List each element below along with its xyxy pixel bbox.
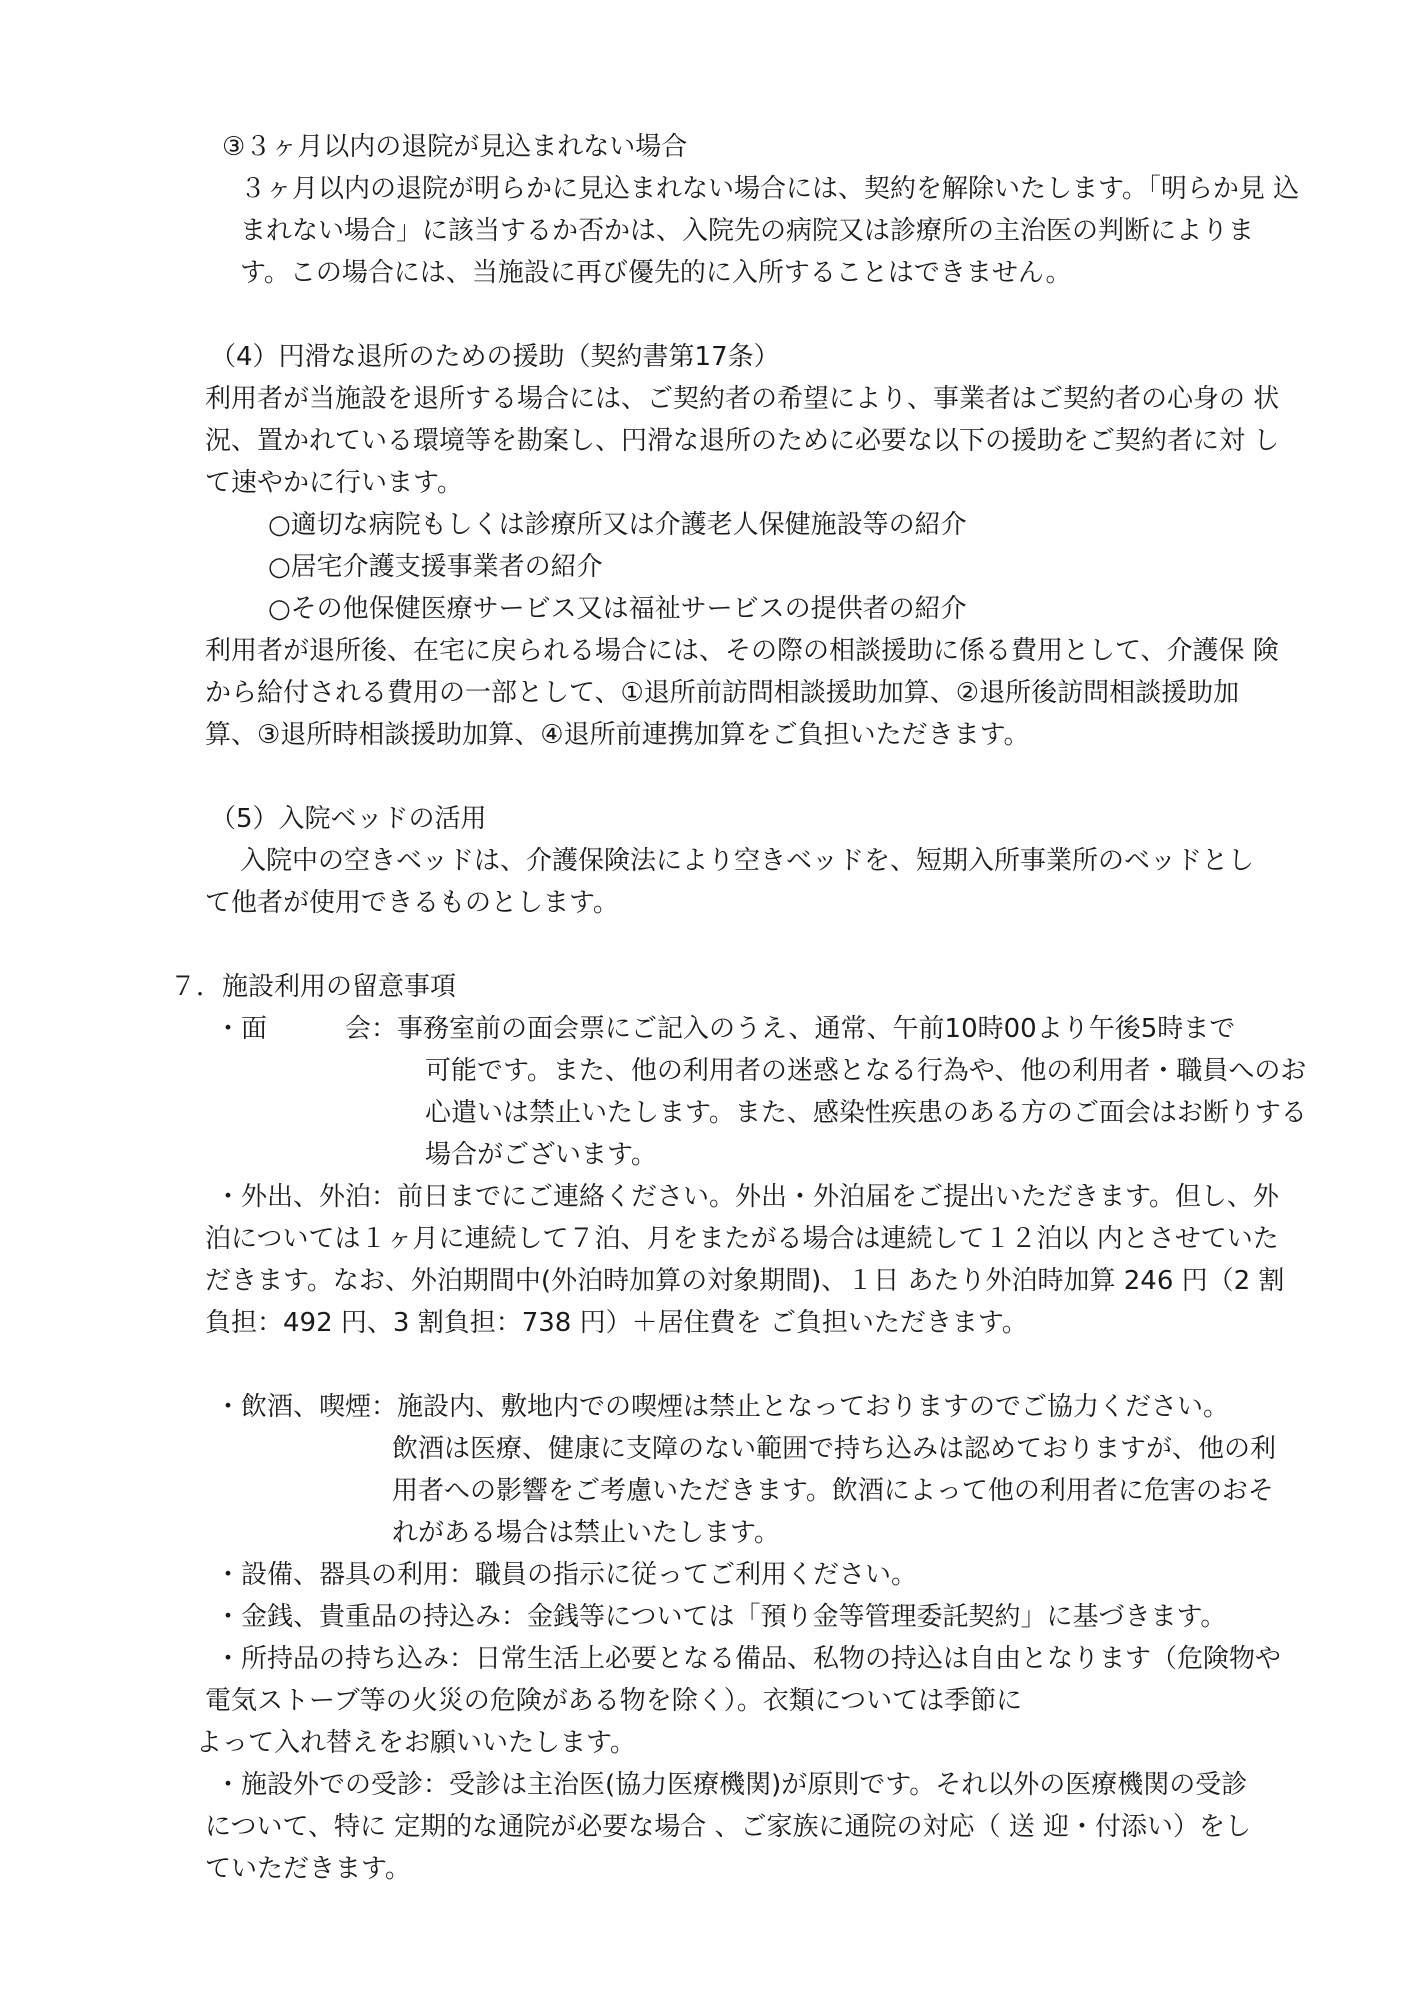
list-item-drink-smoke: ・飲酒、喫煙：施設内、敷地内での喫煙は禁止となっておりますのでご協力ください。 — [0, 1386, 1414, 1428]
text-line: 可能です。また、他の利用者の迷惑となる行為や、他の利用者・職員へのお — [0, 1050, 1414, 1092]
circle-bullet-line: ○適切な病院もしくは診療所又は介護老人保健施設等の紹介 — [0, 504, 1414, 546]
text-line: 場合がございます。 — [0, 1134, 1414, 1176]
text-line: まれない場合」に該当するか否かは、入院先の病院又は診療所の主治医の判断によりま — [0, 210, 1414, 252]
text-line: 入院中の空きベッドは、介護保険法により空きベッドを、短期入所事業所のベッドとし — [0, 840, 1414, 882]
blank-line — [0, 1344, 1414, 1386]
text-line: 用者への影響をご考慮いただきます。飲酒によって他の利用者に危害のおそ — [0, 1470, 1414, 1512]
text-line: 泊については１ヶ月に連続して７泊、月をまたがる場合は連続して１２泊以 内とさせて… — [0, 1218, 1414, 1260]
text-line: 心遣いは禁止いたします。また、感染性疾患のある方のご面会はお断りする — [0, 1092, 1414, 1134]
section-item3-no-discharge-expected: ③３ヶ月以内の退院が見込まれない場合 ３ヶ月以内の退院が明らかに見込まれない場合… — [0, 126, 1414, 294]
text-line: す。この場合には、当施設に再び優先的に入所することはできません。 — [0, 252, 1414, 294]
text-line: れがある場合は禁止いたします。 — [0, 1512, 1414, 1554]
text-line: 況、置かれている環境等を勘案し、円滑な退所のために必要な以下の援助をご契約者に対… — [0, 420, 1414, 462]
text-line: だきます。なお、外泊期間中(外泊時加算の対象期間)、１日 あたり外泊時加算 24… — [0, 1260, 1414, 1302]
text-line: ていただきます。 — [0, 1848, 1414, 1890]
text-line: 利用者が当施設を退所する場合には、ご契約者の希望により、事業者はご契約者の心身の… — [0, 378, 1414, 420]
text-line: 算、③退所時相談援助加算、④退所前連携加算をご負担いただきます。 — [0, 714, 1414, 756]
text-line: て速やかに行います。 — [0, 462, 1414, 504]
section-7-facility-usage-notes: ７．施設利用の留意事項 ・面 会：事務室前の面会票にご記入のうえ、通常、午前10… — [0, 966, 1414, 1890]
section-5-hospital-bed-use: （5）入院ベッドの活用 入院中の空きベッドは、介護保険法により空きベッドを、短期… — [0, 798, 1414, 924]
document-page: ③３ヶ月以内の退院が見込まれない場合 ３ヶ月以内の退院が明らかに見込まれない場合… — [0, 0, 1414, 2000]
list-item-valuables: ・金銭、貴重品の持込み：金銭等については「預り金等管理委託契約」に基づきます。 — [0, 1596, 1414, 1638]
list-item-belongings: ・所持品の持ち込み：日常生活上必要となる備品、私物の持込は自由となります（危険物… — [0, 1638, 1414, 1680]
text-line: 利用者が退所後、在宅に戻られる場合には、その際の相談援助に係る費用として、介護保… — [0, 630, 1414, 672]
text-line: から給付される費用の一部として、①退所前訪問相談援助加算、②退所後訪問相談援助加 — [0, 672, 1414, 714]
text-line: について、特に 定期的な通院が必要な場合 、ご家族に通院の対応（ 送 迎・付添い… — [0, 1806, 1414, 1848]
list-item-outside-visit: ・施設外での受診：受診は主治医(協力医療機関)が原則です。それ以外の医療機関の受… — [0, 1764, 1414, 1806]
text-line: 飲酒は医療、健康に支障のない範囲で持ち込みは認めておりますが、他の利 — [0, 1428, 1414, 1470]
text-line: ３ヶ月以内の退院が明らかに見込まれない場合には、契約を解除いたします。「明らか見… — [0, 168, 1414, 210]
list-item-visits: ・面 会：事務室前の面会票にご記入のうえ、通常、午前10時00より午後5時まで — [0, 1008, 1414, 1050]
blank-line — [0, 294, 1414, 336]
blank-line — [0, 756, 1414, 798]
section4-heading: （4）円滑な退所のための援助（契約書第17条） — [0, 336, 1414, 378]
text-line: て他者が使用できるものとします。 — [0, 882, 1414, 924]
text-line: 電気ストーブ等の火災の危険がある物を除く）。衣類については季節に — [0, 1680, 1414, 1722]
text-line: よって入れ替えをお願いいたします。 — [0, 1722, 1414, 1764]
blank-line — [0, 924, 1414, 966]
list-item-equipment: ・設備、器具の利用：職員の指示に従ってご利用ください。 — [0, 1554, 1414, 1596]
item3-heading: ③３ヶ月以内の退院が見込まれない場合 — [0, 126, 1414, 168]
circle-bullet-line: ○その他保健医療サービス又は福祉サービスの提供者の紹介 — [0, 588, 1414, 630]
circle-bullet-line: ○居宅介護支援事業者の紹介 — [0, 546, 1414, 588]
section-4-smooth-discharge-support: （4）円滑な退所のための援助（契約書第17条） 利用者が当施設を退所する場合には… — [0, 336, 1414, 756]
list-item-outing: ・外出、外泊：前日までにご連絡ください。外出・外泊届をご提出いただきます。但し、… — [0, 1176, 1414, 1218]
document-content: ③３ヶ月以内の退院が見込まれない場合 ３ヶ月以内の退院が明らかに見込まれない場合… — [0, 0, 1414, 1890]
section5-heading: （5）入院ベッドの活用 — [0, 798, 1414, 840]
text-line: 負担：492 円、3 割負担：738 円）＋居住費を ご負担いただきます。 — [0, 1302, 1414, 1344]
section7-heading: ７．施設利用の留意事項 — [0, 966, 1414, 1008]
